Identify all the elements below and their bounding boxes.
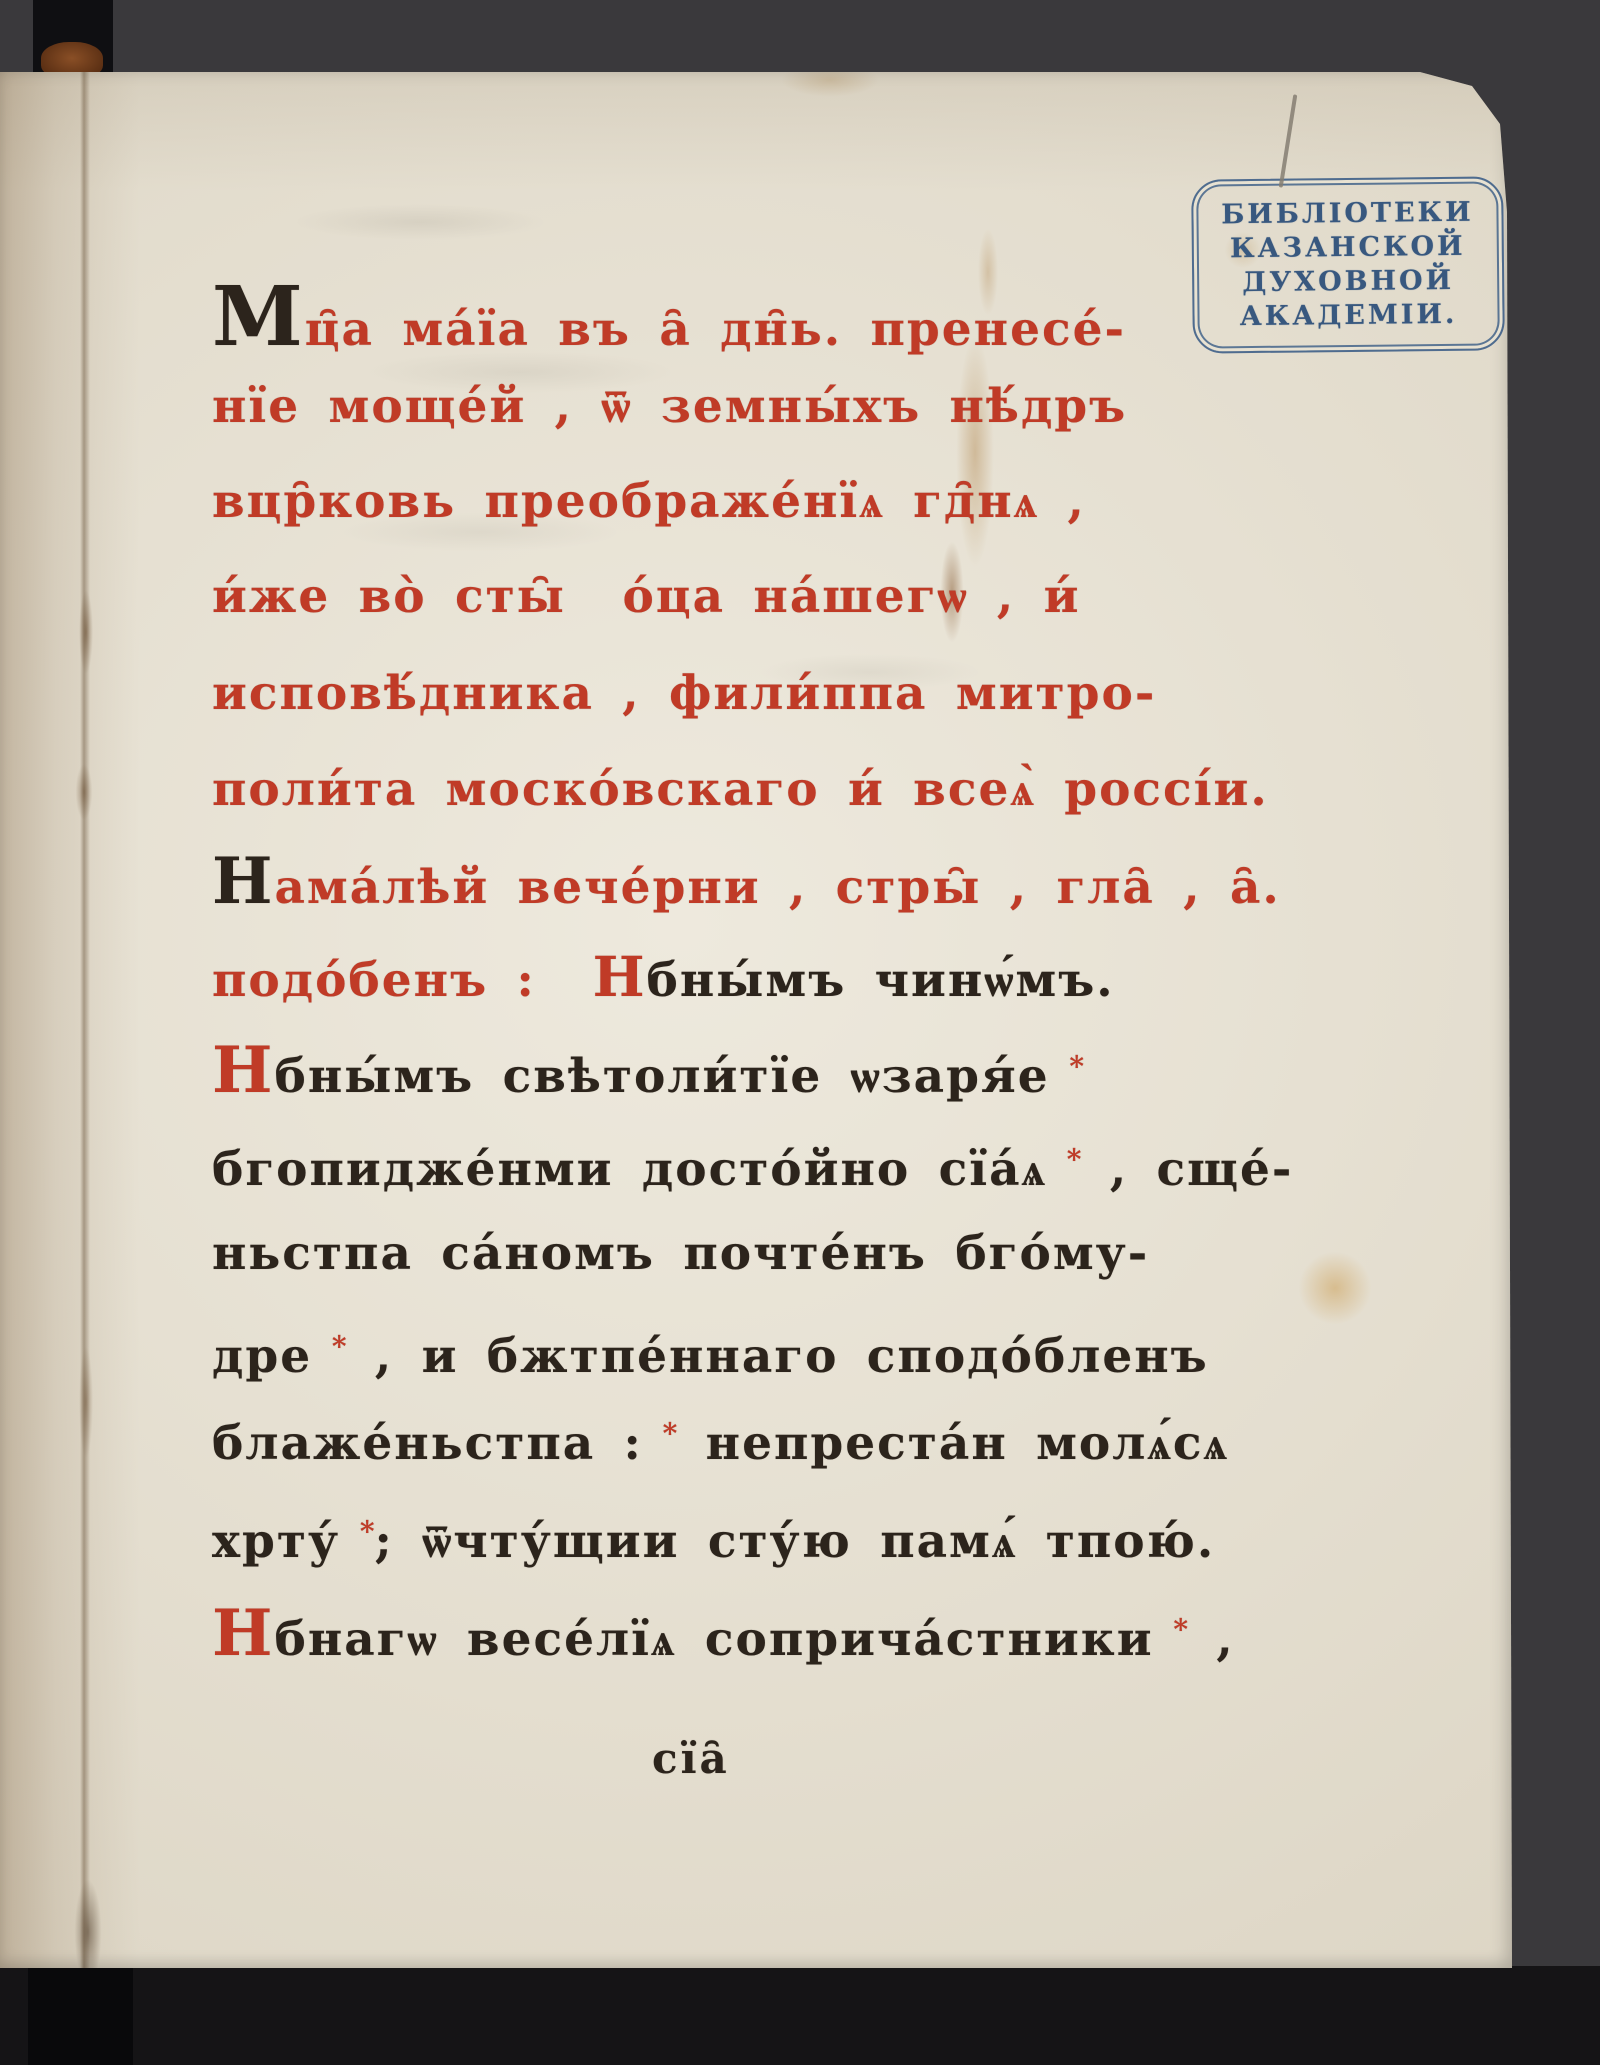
catchword: сїа̑ (652, 1734, 730, 1783)
line-segment: бнагѡ весе́лїѧ соприча́стники (274, 1612, 1153, 1667)
stamp-border: БИБЛІОТЕКИ КАЗАНСКОЙ ДУХОВНОЙ АКАДЕМІИ. (1191, 176, 1505, 353)
line-segment: ама́лѣй вече́рни , стры̑ , гла̑ , а̑. (274, 860, 1280, 915)
line-segment: * (1154, 1613, 1188, 1646)
manuscript-line: дре * , и бжтпе́ннаго сподо́бленъ (212, 1317, 1209, 1387)
manuscript-line: нїе моще́й , ѿ земны́хъ нѣ́дръ (212, 377, 1127, 437)
stamp-line-3: ДУХОВНОЙ (1242, 264, 1454, 300)
stamp-line-2: КАЗАНСКОЙ (1230, 230, 1466, 266)
line-segment: ; ѿчту́щии сту́ю памѧ́ тпою́. (374, 1514, 1215, 1569)
line-segment: * (1050, 1050, 1084, 1083)
manuscript-line: вцр̑ковь преображе́нїѧ гд̑нѧ , (212, 472, 1086, 532)
manuscript-line: Нбнагѡ весе́лїѧ соприча́стники * , (212, 1600, 1235, 1670)
manuscript-line: и́же во̀ сты̑ о́ца на́шегѡ , и́ (212, 567, 1081, 627)
stamp-line-4: АКАДЕМІИ. (1240, 298, 1458, 334)
manuscript-line: поли́та моско́вскаго и́ всеѧ̀ россі́и. (212, 760, 1269, 820)
line-segment: * (1047, 1143, 1081, 1176)
manuscript-line: Мц̑а ма́їа въ а̑ дн̑ь. пренесе́- (212, 287, 1126, 360)
line-segment: блаже́ньстпа : (212, 1416, 643, 1471)
manuscript-line: исповѣ́дника , фили́ппа митро- (212, 664, 1156, 724)
line-segment: ц̑а ма́їа въ а̑ дн̑ь. пренесе́- (305, 302, 1126, 357)
line-segment: бны́мъ чинѡ́мъ. (647, 953, 1115, 1008)
folio-number-pencil (1279, 94, 1298, 187)
line-segment: нїе моще́й , ѿ земны́хъ нѣ́дръ (212, 379, 1127, 434)
manuscript-line: ньстпа са́номъ почте́нъ бго́му- (212, 1224, 1149, 1284)
line-segment: , сще́- (1081, 1142, 1293, 1197)
line-segment: * (643, 1417, 677, 1450)
line-segment: , и бжтпе́ннаго сподо́бленъ (346, 1329, 1208, 1384)
line-segment: дре (212, 1329, 312, 1384)
manuscript-line: блаже́ньстпа : * непреста́н молѧ́сѧ (212, 1404, 1229, 1474)
stamp-line-1: БИБЛІОТЕКИ (1221, 196, 1474, 233)
line-segment: и́же во̀ сты̑ о́ца на́шегѡ , и́ (212, 569, 1081, 624)
manuscript-line: хрту́ *; ѿчту́щии сту́ю памѧ́ тпою́. (212, 1502, 1215, 1572)
manuscript-line: Нбны́мъ свѣтоли́тїе ѡзаря́е * (212, 1037, 1084, 1107)
line-segment: бны́мъ свѣтоли́тїе ѡзаря́е (274, 1049, 1049, 1104)
manuscript-page: Мц̑а ма́їа въ а̑ дн̑ь. пренесе́-нїе моще… (0, 72, 1512, 1968)
line-segment: поли́та моско́вскаго и́ всеѧ̀ россі́и. (212, 762, 1269, 817)
binding-strip-top (33, 0, 113, 78)
line-segment: хрту́ (212, 1514, 340, 1569)
manuscript-line: бгопидже́нми досто́йно сїа́ѧ * , сще́- (212, 1130, 1293, 1200)
line-segment: М (212, 269, 305, 365)
backdrop-bottom (0, 1966, 1600, 2065)
photo-backdrop: Мц̑а ма́їа въ а̑ дн̑ь. пренесе́-нїе моще… (0, 0, 1600, 2065)
line-segment: бгопидже́нми досто́йно сїа́ѧ (212, 1142, 1047, 1197)
line-segment: Н (212, 1596, 274, 1671)
line-segment: , (1188, 1612, 1235, 1667)
line-segment: * (312, 1330, 346, 1363)
binding-strip-bottom (28, 1966, 133, 2065)
library-stamp: БИБЛІОТЕКИ КАЗАНСКОЙ ДУХОВНОЙ АКАДЕМІИ. (1191, 176, 1505, 353)
line-segment: непреста́н молѧ́сѧ (677, 1416, 1229, 1471)
line-segment: Н (212, 1033, 274, 1108)
line-segment: Н (212, 844, 274, 919)
manuscript-line: Нама́лѣй вече́рни , стры̑ , гла̑ , а̑. (212, 852, 1281, 918)
line-segment: * (340, 1515, 374, 1548)
line-segment: исповѣ́дника , фили́ппа митро- (212, 666, 1156, 721)
line-segment: вцр̑ковь преображе́нїѧ гд̑нѧ , (212, 474, 1086, 529)
manuscript-line: подо́бенъ : Нбны́мъ чинѡ́мъ. (212, 947, 1115, 1011)
line-segment: подо́бенъ : (212, 953, 593, 1008)
line-segment: Н (593, 944, 647, 1009)
line-segment: ньстпа са́номъ почте́нъ бго́му- (212, 1226, 1149, 1281)
